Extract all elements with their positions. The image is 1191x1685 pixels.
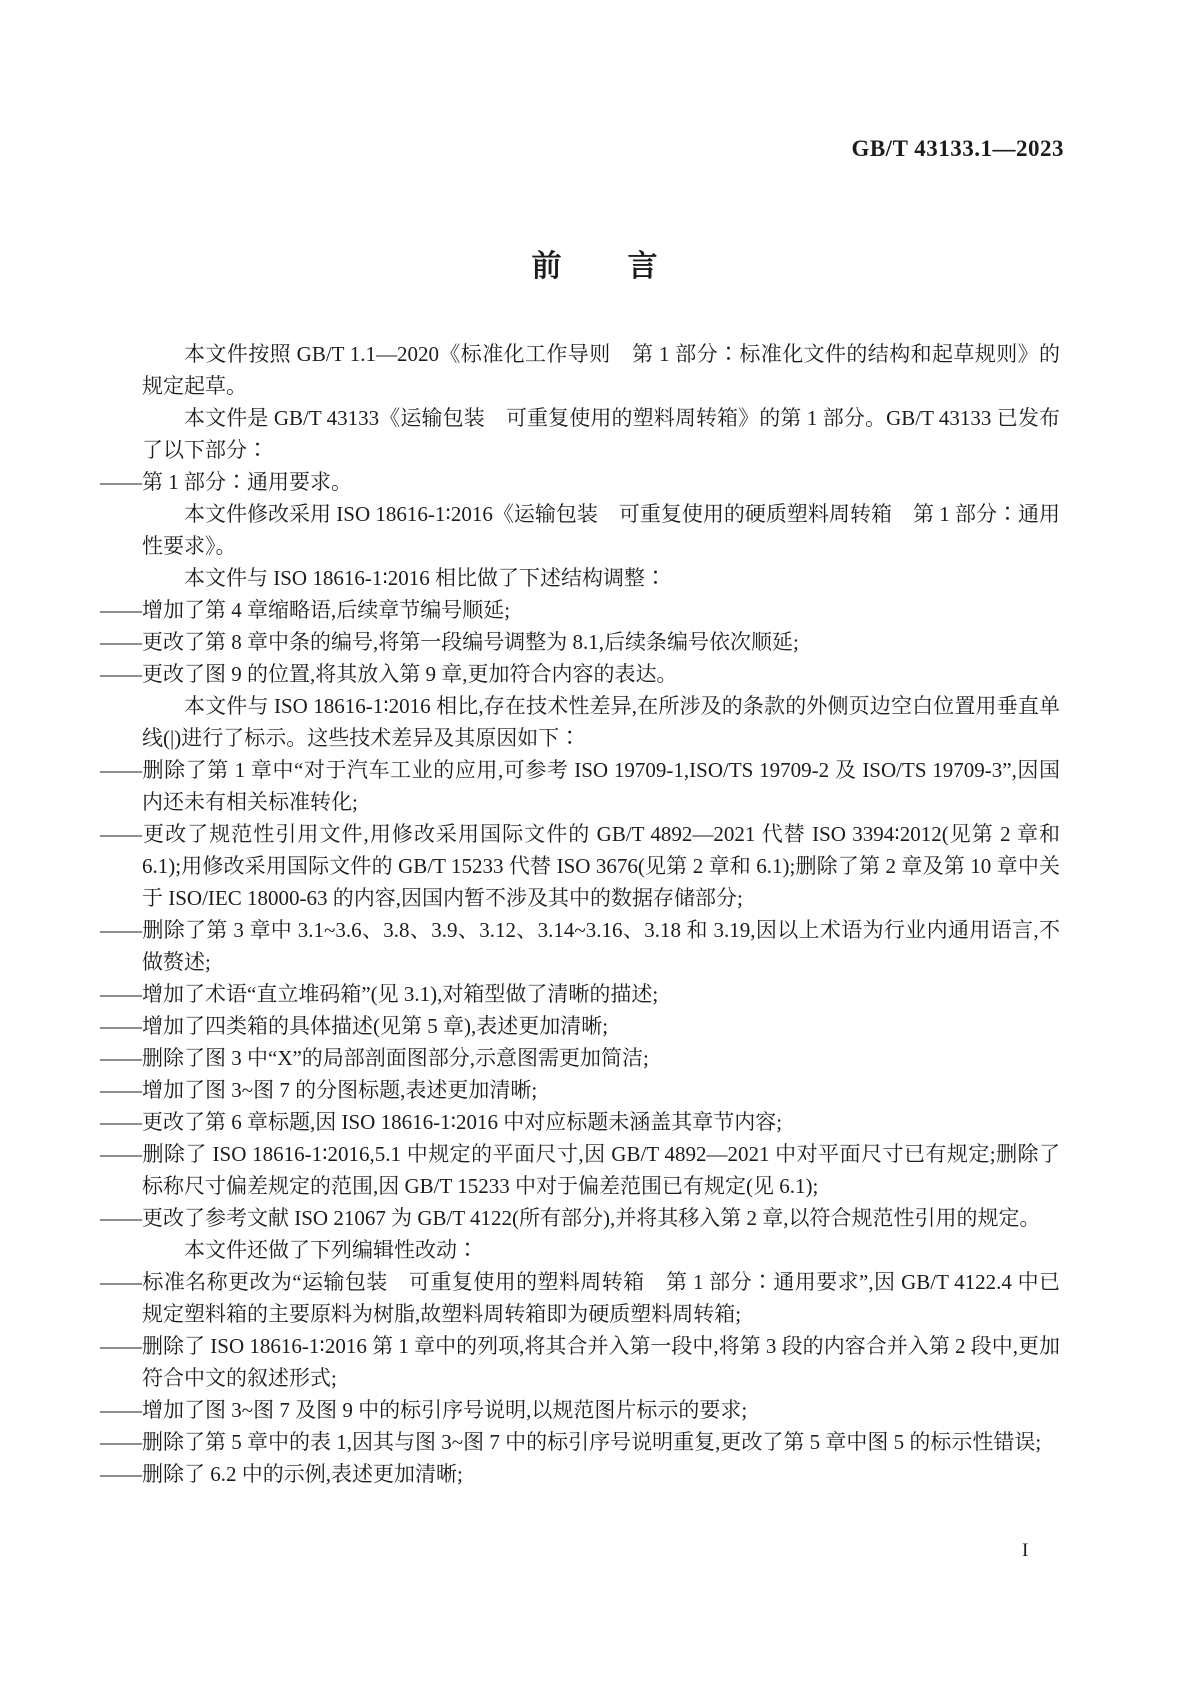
foreword-list-item: ——更改了规范性引用文件,用修改采用国际文件的 GB/T 4892—2021 代… <box>142 818 1060 914</box>
foreword-list-item: ——增加了第 4 章缩略语,后续章节编号顺延; <box>142 594 1060 626</box>
foreword-list-item: ——增加了术语“直立堆码箱”(见 3.1),对箱型做了清晰的描述; <box>142 978 1060 1010</box>
foreword-list-item: ——增加了图 3~图 7 的分图标题,表述更加清晰; <box>142 1074 1060 1106</box>
page-title: 前 言 <box>0 241 1191 285</box>
foreword-list-item: ——删除了第 1 章中“对于汽车工业的应用,可参考 ISO 19709-1,IS… <box>142 754 1060 818</box>
foreword-paragraph: 本文件还做了下列编辑性改动∶ <box>142 1234 1060 1266</box>
foreword-list-item: ——删除了 ISO 18616-1∶2016,5.1 中规定的平面尺寸,因 GB… <box>142 1138 1060 1202</box>
foreword-paragraph: 本文件与 ISO 18616-1∶2016 相比做了下述结构调整∶ <box>142 562 1060 594</box>
foreword-list-item: ——更改了参考文献 ISO 21067 为 GB/T 4122(所有部分),并将… <box>142 1202 1060 1234</box>
document-page: GB/T 43133.1—2023 前 言 本文件按照 GB/T 1.1—202… <box>0 0 1191 1685</box>
foreword-list-item: ——更改了第 6 章标题,因 ISO 18616-1∶2016 中对应标题未涵盖… <box>142 1106 1060 1138</box>
foreword-list-item: ——删除了 6.2 中的示例,表述更加清晰; <box>142 1458 1060 1490</box>
standard-code: GB/T 43133.1—2023 <box>851 136 1064 162</box>
foreword-list-item: ——增加了图 3~图 7 及图 9 中的标引序号说明,以规范图片标示的要求; <box>142 1394 1060 1426</box>
foreword-list-item: ——删除了图 3 中“X”的局部剖面图部分,示意图需更加简洁; <box>142 1042 1060 1074</box>
foreword-list-item: ——删除了 ISO 18616-1∶2016 第 1 章中的列项,将其合并入第一… <box>142 1330 1060 1394</box>
foreword-list-item: ——更改了图 9 的位置,将其放入第 9 章,更加符合内容的表达。 <box>142 658 1060 690</box>
foreword-list-item: ——更改了第 8 章中条的编号,将第一段编号调整为 8.1,后续条编号依次顺延; <box>142 626 1060 658</box>
foreword-list-item: ——删除了第 3 章中 3.1~3.6、3.8、3.9、3.12、3.14~3.… <box>142 914 1060 978</box>
foreword-list-item: ——标准名称更改为“运输包装 可重复使用的塑料周转箱 第 1 部分∶通用要求”,… <box>142 1266 1060 1330</box>
foreword-list-item: ——删除了第 5 章中的表 1,因其与图 3~图 7 中的标引序号说明重复,更改… <box>142 1426 1060 1458</box>
foreword-paragraph: 本文件按照 GB/T 1.1—2020《标准化工作导则 第 1 部分∶标准化文件… <box>142 338 1060 402</box>
foreword-paragraph: 本文件与 ISO 18616-1∶2016 相比,存在技术性差异,在所涉及的条款… <box>142 690 1060 754</box>
foreword-paragraph: 本文件修改采用 ISO 18616-1∶2016《运输包装 可重复使用的硬质塑料… <box>142 498 1060 562</box>
foreword-list-item: ——第 1 部分∶通用要求。 <box>142 466 1060 498</box>
foreword-body: 本文件按照 GB/T 1.1—2020《标准化工作导则 第 1 部分∶标准化文件… <box>142 338 1060 1490</box>
foreword-list-item: ——增加了四类箱的具体描述(见第 5 章),表述更加清晰; <box>142 1010 1060 1042</box>
foreword-paragraph: 本文件是 GB/T 43133《运输包装 可重复使用的塑料周转箱》的第 1 部分… <box>142 402 1060 466</box>
page-number: I <box>1022 1540 1028 1562</box>
